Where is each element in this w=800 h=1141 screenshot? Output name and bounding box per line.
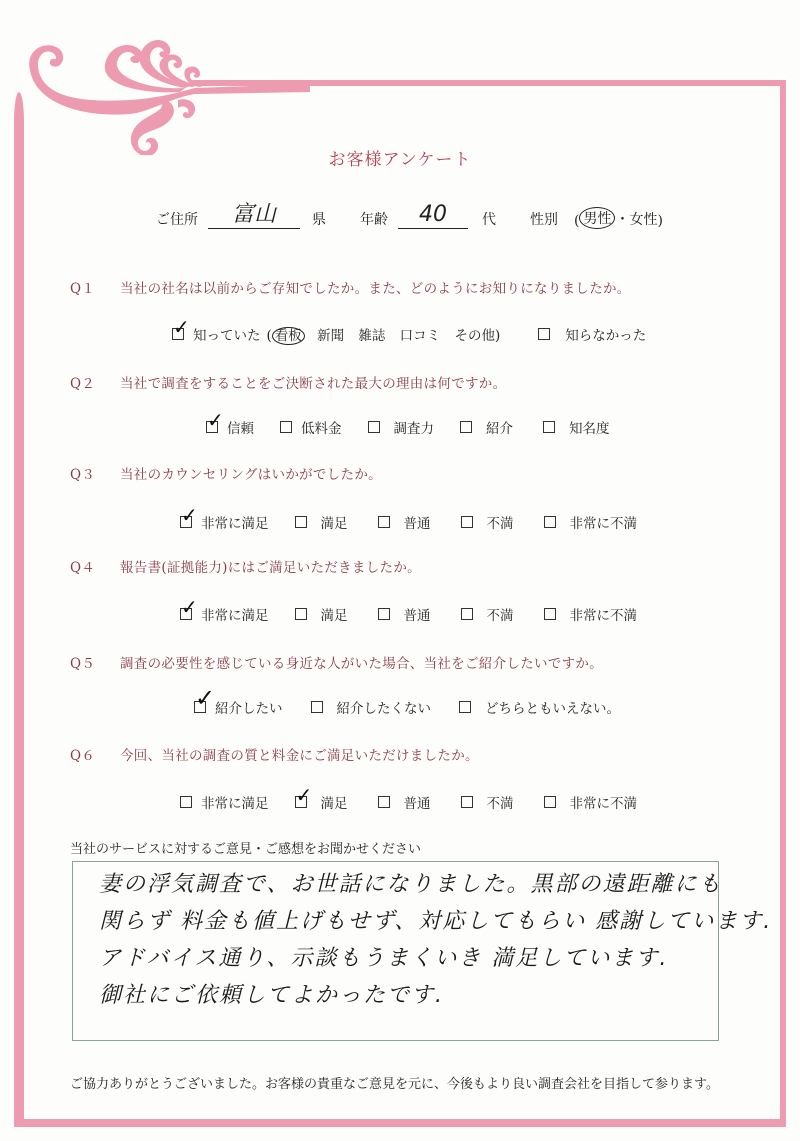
gender-close-paren: ) — [657, 213, 662, 229]
checkbox-checked[interactable]: ✓ — [194, 701, 206, 713]
paren-close: ) — [495, 328, 500, 344]
question-number: Q１ — [70, 277, 120, 297]
option-very-satisfied[interactable]: 非常に満足 — [180, 792, 269, 812]
option-satisfied[interactable]: ✓満足 — [295, 792, 348, 812]
option-trust[interactable]: ✓信頼 — [206, 417, 254, 437]
question-3: Q３当社のカウンセリングはいかがでしたか。 — [70, 463, 382, 483]
checkbox[interactable] — [295, 608, 307, 620]
option-label: 調査力 — [394, 417, 435, 437]
option-very-dissatisfied[interactable]: 非常に不満 — [544, 512, 638, 532]
option-label: 紹介したくない — [337, 697, 432, 717]
option-dissatisfied[interactable]: 不満 — [461, 512, 514, 532]
option-label: 満足 — [321, 792, 348, 812]
option-label: 満足 — [321, 604, 348, 624]
gender-option-male[interactable]: 男性 — [579, 207, 615, 229]
question-4: Q４報告書(証拠能力)にはご満足いただきましたか。 — [70, 556, 421, 576]
question-text: 当社で調査をすることをご決断された最大の理由は何ですか。 — [120, 376, 506, 392]
checkbox[interactable] — [368, 421, 380, 433]
question-text: 当社の社名は以前からご存知でしたか。また、どのようにお知りになりましたか。 — [120, 281, 631, 297]
checkmark-icon: ✓ — [181, 505, 198, 525]
age-label: 年齢 — [360, 209, 388, 229]
source-newspaper[interactable]: 新聞 — [317, 328, 344, 344]
question-number: Q５ — [70, 652, 120, 672]
address-label: ご住所 — [156, 209, 198, 229]
checkbox[interactable] — [543, 421, 555, 433]
checkbox[interactable] — [378, 796, 390, 808]
comment-line: 関らず 料金も値上げもせず、対応してもらい 感謝しています. — [99, 903, 708, 940]
checkbox[interactable] — [460, 421, 472, 433]
checkbox[interactable] — [311, 701, 323, 713]
option-label: 満足 — [321, 512, 348, 532]
option-label: 不満 — [487, 792, 514, 812]
age-field[interactable]: 40 — [398, 202, 468, 229]
option-satisfied[interactable]: 満足 — [295, 604, 348, 624]
option-label: 非常に満足 — [201, 792, 269, 812]
option-neutral[interactable]: 普通 — [378, 512, 431, 532]
option-label: 普通 — [404, 604, 431, 624]
gender-label: 性別 — [530, 209, 558, 229]
option-investigation-ability[interactable]: 調査力 — [368, 417, 435, 437]
option-undecided[interactable]: どちらともいえない。 — [459, 697, 620, 717]
option-did-not-know[interactable]: 知らなかった — [538, 324, 646, 344]
comment-textarea[interactable]: 妻の浮気調査で、お世話になりました。黒部の遠距離にも 関らず 料金も値上げもせず… — [72, 861, 719, 1041]
checkbox-checked[interactable]: ✓ — [180, 608, 192, 620]
question-text: 今回、当社の調査の質と料金にご満足いただけましたか。 — [120, 748, 479, 764]
checkmark-icon: ✓ — [195, 686, 215, 710]
question-text: 調査の必要性を感じている身近な人がいた場合、当社をご紹介したいですか。 — [120, 656, 603, 672]
checkbox[interactable] — [295, 516, 307, 528]
option-label: 紹介 — [486, 417, 513, 437]
question-1-options: ✓ 知っていた (看板 新聞 雑誌 口コミ その他) 知らなかった — [172, 324, 646, 344]
option-label: 低料金 — [301, 417, 342, 437]
sub-options: (看板 新聞 雑誌 口コミ その他) — [267, 324, 501, 344]
profile-row: ご住所 富山 県 年齢 40 代 性別 ( 男性 ・ 女性 ) — [156, 202, 663, 229]
option-referral[interactable]: 紹介 — [460, 417, 513, 437]
checkmark-icon: ✓ — [173, 317, 190, 337]
checkbox[interactable] — [544, 608, 556, 620]
option-very-satisfied[interactable]: ✓非常に満足 — [180, 604, 269, 624]
option-dissatisfied[interactable]: 不満 — [461, 604, 514, 624]
question-number: Q４ — [70, 556, 120, 576]
checkbox[interactable] — [544, 796, 556, 808]
frame-left-border — [14, 92, 24, 1127]
checkbox[interactable] — [280, 421, 292, 433]
option-label: 非常に不満 — [570, 604, 638, 624]
source-magazine[interactable]: 雑誌 — [358, 328, 385, 344]
source-signboard[interactable]: 看板 — [272, 327, 305, 345]
option-neutral[interactable]: 普通 — [378, 604, 431, 624]
checkbox-checked[interactable]: ✓ — [172, 328, 184, 340]
option-label: 知っていた — [193, 324, 261, 344]
option-name-recognition[interactable]: 知名度 — [543, 417, 610, 437]
option-label: 知らなかった — [565, 324, 646, 344]
option-label: 不満 — [487, 604, 514, 624]
option-label: 非常に満足 — [201, 512, 269, 532]
address-field[interactable]: 富山 — [208, 202, 300, 229]
option-label: 非常に満足 — [201, 604, 269, 624]
question-2: Q２当社で調査をすることをご決断された最大の理由は何ですか。 — [70, 372, 506, 392]
question-text: 報告書(証拠能力)にはご満足いただきましたか。 — [120, 560, 421, 576]
option-dissatisfied[interactable]: 不満 — [461, 792, 514, 812]
option-label: 普通 — [404, 792, 431, 812]
question-number: Q３ — [70, 463, 120, 483]
survey-title: お客様アンケート — [0, 145, 800, 170]
question-number: Q２ — [70, 372, 120, 392]
checkbox[interactable] — [461, 608, 473, 620]
thank-you-footer: ご協力ありがとうございました。お客様の貴重なご意見を元に、今後もより良い調査会社… — [70, 1073, 719, 1092]
paren-open: ( — [267, 328, 272, 344]
option-label: 信頼 — [227, 417, 254, 437]
age-suffix: 代 — [482, 209, 496, 229]
option-label: 非常に不満 — [570, 792, 638, 812]
question-number: Q６ — [70, 744, 120, 764]
question-6-options: 非常に満足 ✓満足 普通 不満 非常に不満 — [180, 792, 637, 812]
checkbox-checked[interactable]: ✓ — [295, 796, 307, 808]
option-label: 知名度 — [569, 417, 610, 437]
question-4-options: ✓非常に満足 満足 普通 不満 非常に不満 — [180, 604, 637, 624]
checkmark-icon: ✓ — [207, 410, 224, 430]
question-text: 当社のカウンセリングはいかがでしたか。 — [120, 467, 382, 483]
flourish-ornament-icon — [20, 30, 310, 155]
option-label: 非常に不満 — [570, 512, 638, 532]
checkmark-icon: ✓ — [181, 597, 198, 617]
option-would-refer[interactable]: ✓紹介したい — [194, 697, 283, 717]
prefecture-suffix: 県 — [312, 209, 326, 229]
checkbox[interactable] — [378, 516, 390, 528]
question-1: Q１当社の社名は以前からご存知でしたか。また、どのようにお知りになりましたか。 — [70, 277, 631, 297]
checkbox[interactable] — [459, 701, 471, 713]
frame-bottom-border — [17, 1119, 786, 1127]
checkbox[interactable] — [180, 796, 192, 808]
comment-line: 妻の浮気調査で、お世話になりました。黒部の遠距離にも — [99, 866, 708, 903]
question-2-options: ✓信頼 低料金 調査力 紹介 知名度 — [206, 417, 610, 437]
comment-line: 御社にご依頼してよかったです. — [99, 977, 708, 1014]
option-very-dissatisfied[interactable]: 非常に不満 — [544, 604, 638, 624]
frame-right-border — [780, 80, 786, 1127]
checkbox[interactable] — [538, 328, 550, 340]
option-very-dissatisfied[interactable]: 非常に不満 — [544, 792, 638, 812]
comment-line: アドバイス通り、示談もうまくいき 満足しています. — [99, 940, 708, 977]
gender-separator: ・ — [615, 209, 629, 229]
question-5: Q５調査の必要性を感じている身近な人がいた場合、当社をご紹介したいですか。 — [70, 652, 603, 672]
comment-label: 当社のサービスに対するご意見・ご感想をお聞かせください — [70, 838, 421, 857]
option-satisfied[interactable]: 満足 — [295, 512, 348, 532]
option-label: 紹介したい — [215, 697, 283, 717]
option-very-satisfied[interactable]: ✓非常に満足 — [180, 512, 269, 532]
question-5-options: ✓紹介したい 紹介したくない どちらともいえない。 — [194, 697, 620, 717]
option-label: 普通 — [404, 512, 431, 532]
checkbox-checked[interactable]: ✓ — [180, 516, 192, 528]
option-label: 不満 — [487, 512, 514, 532]
option-knew[interactable]: ✓ 知っていた — [172, 324, 261, 344]
checkbox[interactable] — [461, 796, 473, 808]
question-6: Q６今回、当社の調査の質と料金にご満足いただけましたか。 — [70, 744, 479, 764]
checkmark-icon: ✓ — [296, 785, 313, 805]
question-3-options: ✓非常に満足 満足 普通 不満 非常に不満 — [180, 512, 637, 532]
checkbox[interactable] — [544, 516, 556, 528]
source-other[interactable]: その他 — [454, 328, 495, 344]
source-word-of-mouth[interactable]: 口コミ — [400, 328, 441, 344]
gender-option-female[interactable]: 女性 — [629, 209, 657, 229]
checkbox[interactable] — [461, 516, 473, 528]
checkbox[interactable] — [378, 608, 390, 620]
option-neutral[interactable]: 普通 — [378, 792, 431, 812]
option-low-price[interactable]: 低料金 — [280, 417, 342, 437]
option-label: どちらともいえない。 — [485, 697, 620, 717]
option-would-not-refer[interactable]: 紹介したくない — [311, 697, 432, 717]
checkbox-checked[interactable]: ✓ — [206, 421, 218, 433]
